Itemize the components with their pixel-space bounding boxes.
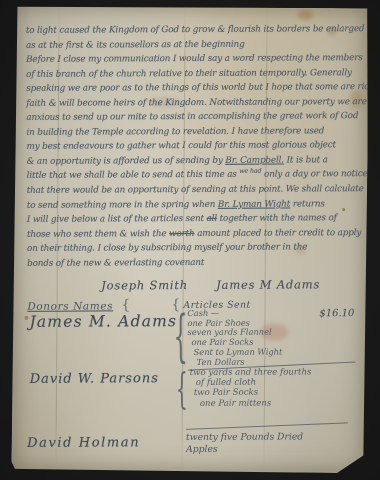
line-text: returns [293, 199, 325, 209]
article-item: Apples [186, 443, 303, 455]
article-item: of fulled cloth [190, 378, 312, 389]
articles-list: Cash — one Pair Shoes seven yards Flanne… [187, 309, 282, 368]
letter-line: anxious to send up our mite to assist in… [26, 109, 362, 125]
struck-word: worth [169, 229, 195, 239]
signature-joseph-smith: Joseph Smith [101, 278, 188, 292]
article-item: two Pair Socks [190, 388, 312, 399]
letter-line: those who sent them & wish the worth amo… [27, 226, 363, 242]
scanned-document-view: to light caused the Kingdom of God to gr… [0, 0, 380, 480]
letter-line: bonds of the new & everlasting covenant [27, 255, 363, 271]
article-item: one Pair mittens [190, 398, 312, 409]
donor-name: David Holman [27, 435, 140, 451]
ink-rule [186, 422, 348, 430]
line-text: together with the names of [220, 213, 337, 224]
brace-mark: { [121, 298, 130, 312]
line-text: to send something more in the spring whe… [27, 199, 215, 210]
line-text: I will give below a list of the articles… [27, 214, 204, 225]
line-text: those who sent them & wish the [27, 229, 166, 240]
article-item: two yards and three fourths [190, 367, 312, 378]
line-text: little that we shall be able to send at … [27, 170, 237, 181]
letter-content: to light caused the Kingdom of God to gr… [12, 6, 368, 473]
donors-names-header: Donors Names [27, 300, 127, 313]
line-text: only a day or two notice [264, 170, 368, 181]
donor-name: David W. Parsons [30, 371, 159, 387]
signature-james-adams: James M Adams [216, 277, 320, 292]
cash-amount: $16.10 [319, 308, 354, 319]
line-text: It is but a [287, 155, 328, 165]
line-text: amount placed to their credit to apply [197, 228, 361, 239]
underlined-name: Br. Campbell. [225, 155, 284, 165]
brace-mark: { [173, 308, 188, 365]
struck-word: all [207, 214, 217, 224]
letter-line: my best endeavours to gather what I coul… [26, 138, 362, 154]
letter-page: to light caused the Kingdom of God to gr… [11, 6, 368, 473]
letter-line: Before I close my communication I would … [26, 51, 362, 67]
letter-body: to light caused the Kingdom of God to gr… [26, 22, 363, 271]
line-text: & an opportunity is afforded us of sendi… [27, 156, 223, 167]
articles-list: twenty five Pounds Dried Apples [186, 431, 303, 455]
donor-name: James M. Adams [29, 312, 177, 331]
brace-mark: { [176, 367, 188, 410]
letter-line: I will give below a list of the articles… [27, 211, 363, 227]
inserted-text: we had [239, 168, 261, 175]
article-item: twenty five Pounds Dried [186, 431, 303, 443]
articles-list: two yards and three fourths of fulled cl… [190, 367, 312, 408]
letter-line: to light caused the Kingdom of God to gr… [26, 22, 362, 38]
letter-line: that there would be an opportunity of se… [27, 182, 363, 198]
underlined-name: Br. Lyman Wight [218, 199, 290, 209]
letter-line: speaking we are poor as to the things of… [26, 80, 362, 96]
